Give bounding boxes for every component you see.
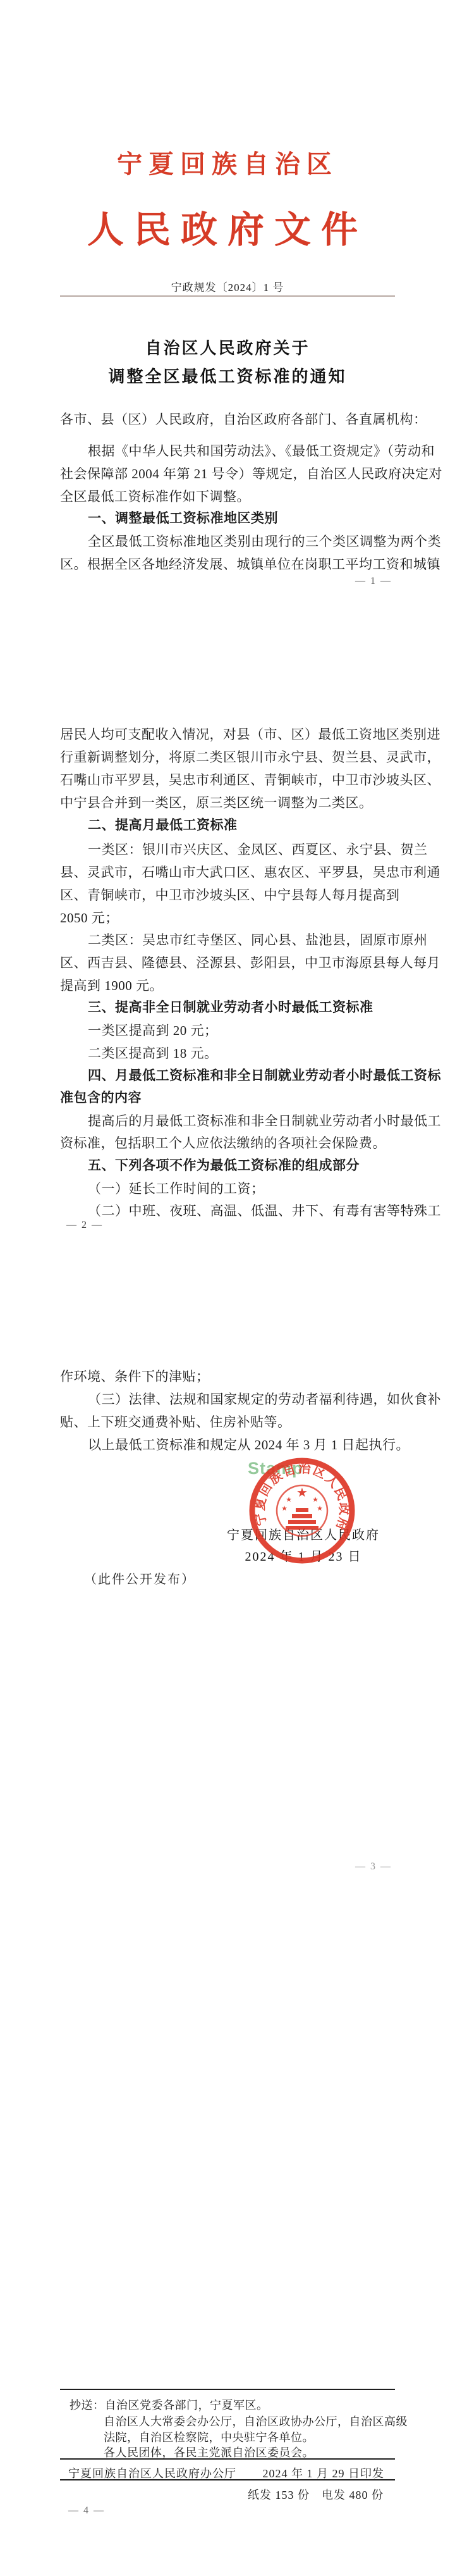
body-line: 区、西吉县、隆德县、泾源县、彭阳县，中卫市海原县每人每月 [60, 955, 401, 971]
page-number-2: — 2 — [66, 1220, 103, 1231]
section-heading-4-cont: 准包含的内容 [60, 1090, 401, 1106]
cc-line: 法院，自治区检察院，中央驻宁各单位。 [104, 2429, 314, 2445]
body-line: （二）中班、夜班、高温、低温、井下、有毒有害等特殊工 [60, 1203, 429, 1219]
body-line: 根据《中华人民共和国劳动法》、《最低工资规定》（劳动和 [60, 443, 429, 459]
public-release-note: （此件公开发布） [84, 1569, 195, 1587]
cc-line: 自治区人大常委会办公厅，自治区政协办公厅，自治区高级 [104, 2413, 408, 2429]
svg-text:★: ★ [286, 1495, 292, 1504]
document-page: 宁夏回族自治区 人民政府文件 宁政规发〔2024〕1 号 自治区人民政府关于 调… [0, 0, 455, 2576]
section-heading-3: 三、提高非全日制就业劳动者小时最低工资标准 [60, 1000, 429, 1016]
section-heading-4: 四、月最低工资标准和非全日制就业劳动者小时最低工资标 [60, 1068, 429, 1084]
body-line: 2050 元； [60, 910, 401, 926]
body-line: 行重新调整划分，将原二类区银川市永宁县、贺兰县、灵武市， [60, 749, 401, 765]
page-number-3: — 3 — [355, 1861, 392, 1873]
body-line: 居民人均可支配收入情况，对县（市、区）最低工资地区类别进 [60, 726, 401, 743]
body-line: 二类区提高到 18 元。 [60, 1045, 429, 1062]
body-line: 全区最低工资标准地区类别由现行的三个类区调整为两个类 [60, 533, 429, 550]
body-line: 县、灵武市，石嘴山市大武口区、惠农区、平罗县，吴忠市利通 [60, 864, 401, 881]
body-line: 提高后的月最低工资标准和非全日制就业劳动者小时最低工 [60, 1113, 429, 1129]
page-number-1: — 1 — [355, 576, 392, 587]
body-line: 一类区提高到 20 元； [60, 1022, 429, 1039]
page-number-4: — 4 — [68, 2505, 105, 2517]
salutation: 各市、县（区）人民政府，自治区政府各部门、各直属机构： [60, 411, 401, 428]
body-line: 区。根据全区各地经济发展、城镇单位在岗职工平均工资和城镇 [60, 556, 401, 573]
document-number: 宁政规发〔2024〕1 号 [0, 278, 455, 294]
region-name: 宁夏回族自治区 [0, 144, 455, 180]
copies-count: 纸发 153 份 电发 480 份 [248, 2486, 384, 2503]
body-line: 全区最低工资标准作如下调整。 [60, 488, 401, 505]
svg-text:★: ★ [317, 1504, 323, 1513]
body-line: 区、青铜峡市，中卫市沙坡头区、中宁县每人每月提高到 [60, 887, 401, 903]
cc-line: 抄送：自治区党委各部门，宁夏军区。 [70, 2396, 269, 2413]
body-line: 二类区：吴忠市红寺堡区、同心县、盐池县，固原市原州 [60, 932, 429, 948]
body-line: 提高到 1900 元。 [60, 977, 401, 994]
body-line: 资标准，包括职工个人应依法缴纳的各项社会保险费。 [60, 1135, 401, 1151]
body-line: 中宁县合并到一类区，原三类区统一调整为二类区。 [60, 795, 401, 811]
section-heading-5: 五、下列各项不作为最低工资标准的组成部分 [60, 1158, 429, 1174]
letterhead-separator [60, 295, 395, 297]
body-line: （一）延长工作时间的工资； [60, 1180, 429, 1197]
body-line: 一类区：银川市兴庆区、金凤区、西夏区、永宁县、贺兰 [60, 841, 429, 858]
separator-line [60, 2389, 395, 2390]
national-emblem: ★ ★ ★ ★ ★ [277, 1485, 327, 1536]
separator-line [60, 2479, 395, 2480]
document-type-title: 人民政府文件 [0, 200, 455, 253]
notice-title-line2: 调整全区最低工资标准的通知 [0, 364, 455, 387]
svg-text:★: ★ [281, 1504, 288, 1513]
body-line: （三）法律、法规和国家规定的劳动者福利待遇，如伙食补 [60, 1391, 429, 1408]
svg-text:★: ★ [296, 1485, 308, 1500]
section-heading-2: 二、提高月最低工资标准 [60, 817, 429, 834]
body-line: 石嘴山市平罗县，吴忠市利通区、青铜峡市，中卫市沙坡头区、 [60, 772, 401, 788]
separator-line [60, 2458, 395, 2460]
section-heading-1: 一、调整最低工资标准地区类别 [60, 511, 429, 527]
body-line: 社会保障部 2004 年第 21 号令）等规定，自治区人民政府决定对 [60, 466, 401, 482]
svg-text:★: ★ [312, 1495, 318, 1504]
notice-title-line1: 自治区人民政府关于 [0, 335, 455, 359]
body-line: 作环境、条件下的津贴； [60, 1368, 401, 1385]
body-line: 贴、上下班交通费补贴、住房补贴等。 [60, 1414, 401, 1430]
official-seal: 宁夏回族自治区人民政府 ★ ★ ★ ★ ★ [246, 1455, 358, 1566]
body-line: 以上最低工资标准和规定从 2024 年 3 月 1 日起执行。 [60, 1437, 429, 1453]
